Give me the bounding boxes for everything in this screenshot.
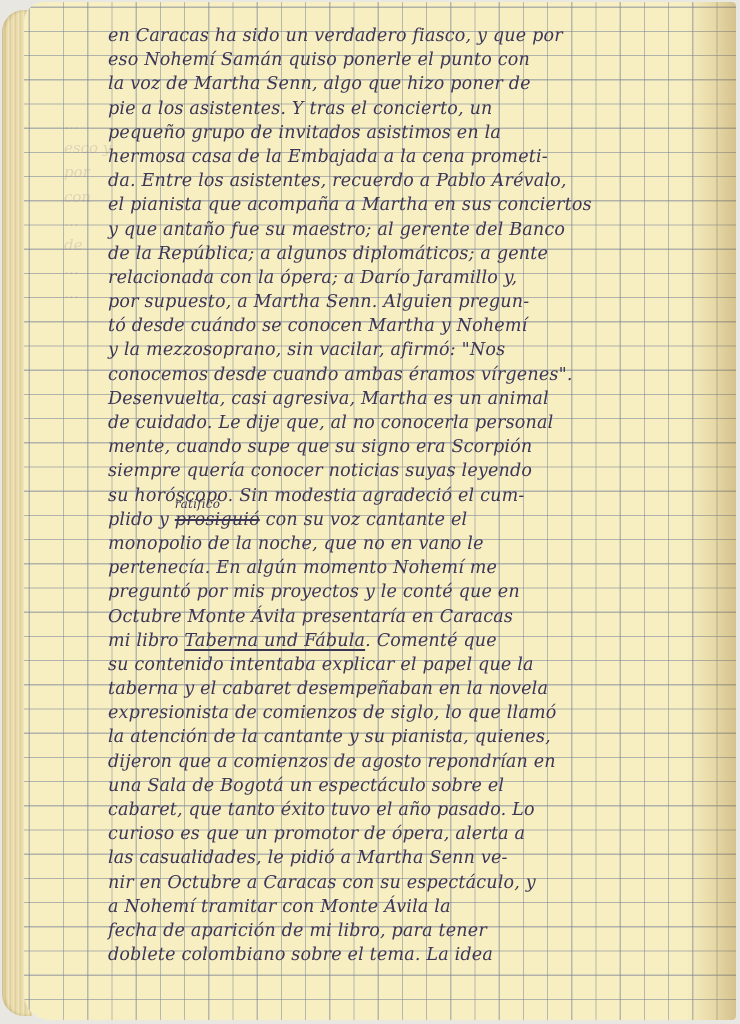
handwritten-line: doblete colombiano sobre el tema. La ide… <box>108 943 693 967</box>
handwritten-line: nir en Octubre a Caracas con su espectác… <box>108 871 693 895</box>
handwritten-line: expresionista de comienzos de siglo, lo … <box>108 701 693 725</box>
handwritten-line: tó desde cuándo se conocen Martha y Nohe… <box>108 314 693 338</box>
handwritten-line: la voz de Martha Senn, algo que hizo pon… <box>108 72 693 96</box>
handwritten-line: y la mezzosoprano, sin vacilar, afirmó: … <box>108 338 693 362</box>
notebook: … esco y por con … de … … en Caracas ha … <box>0 0 740 1024</box>
handwritten-line: de cuidado. Le dije que, al no conocerla… <box>108 411 693 435</box>
handwritten-text: en Caracas ha sido un verdadero fiasco, … <box>108 24 693 967</box>
handwritten-line: su contenido intentaba explicar el papel… <box>108 653 693 677</box>
handwritten-line: el pianista que acompaña a Martha en sus… <box>108 193 693 217</box>
handwritten-line: una Sala de Bogotá un espectáculo sobre … <box>108 774 693 798</box>
handwritten-line: dijeron que a comienzos de agosto repond… <box>108 750 693 774</box>
handwritten-line: mente, cuando supe que su signo era Scor… <box>108 435 693 459</box>
handwritten-line: da. Entre los asistentes, recuerdo a Pab… <box>108 169 693 193</box>
handwritten-line: Octubre Monte Ávila presentaría en Carac… <box>108 605 693 629</box>
handwritten-line: monopolio de la noche, que no en vano le <box>108 532 693 556</box>
handwritten-line: plido y prosiguióratificó con su voz can… <box>108 508 693 532</box>
handwritten-line: en Caracas ha sido un verdadero fiasco, … <box>108 24 693 48</box>
handwritten-line: por supuesto, a Martha Senn. Alguien pre… <box>108 290 693 314</box>
handwritten-line: siempre quería conocer noticias suyas le… <box>108 459 693 483</box>
text-segment: mi libro <box>108 631 184 651</box>
handwritten-line: pequeño grupo de invitados asistimos en … <box>108 121 693 145</box>
handwritten-line: mi libro Taberna und Fábula. Comenté que <box>108 629 693 653</box>
handwritten-line: a Nohemí tramitar con Monte Ávila la <box>108 895 693 919</box>
handwritten-line: de la República; a algunos diplomáticos;… <box>108 242 693 266</box>
handwritten-line: fecha de aparición de mi libro, para ten… <box>108 919 693 943</box>
handwritten-line: pertenecía. En algún momento Nohemí me <box>108 556 693 580</box>
handwritten-line: las casualidades, le pidió a Martha Senn… <box>108 846 693 870</box>
handwritten-line: la atención de la cantante y su pianista… <box>108 725 693 749</box>
handwritten-line: pie a los asistentes. Y tras el conciert… <box>108 97 693 121</box>
handwritten-line: y que antaño fue su maestro; al gerente … <box>108 218 693 242</box>
handwritten-line: curioso es que un promotor de ópera, ale… <box>108 822 693 846</box>
text-segment: plido y <box>108 510 175 530</box>
handwritten-line: taberna y el cabaret desempeñaban en la … <box>108 677 693 701</box>
handwritten-line: eso Nohemí Samán quiso ponerle el punto … <box>108 48 693 72</box>
handwritten-line: relacionada con la ópera; a Darío Jarami… <box>108 266 693 290</box>
book-title: Taberna und Fábula <box>184 631 365 651</box>
handwritten-line: conocemos desde cuando ambas éramos vírg… <box>108 363 693 387</box>
text-segment: . Comenté que <box>365 631 497 651</box>
text-segment: con su voz cantante el <box>260 510 468 530</box>
handwritten-line: Desenvuelta, casi agresiva, Martha es un… <box>108 387 693 411</box>
struck-word: prosiguió <box>175 510 260 530</box>
handwritten-line: hermosa casa de la Embajada a la cena pr… <box>108 145 693 169</box>
handwritten-line: cabaret, que tanto éxito tuvo el año pas… <box>108 798 693 822</box>
handwritten-line: preguntó por mis proyectos y le conté qu… <box>108 580 693 604</box>
inserted-correction: ratificó <box>175 498 220 510</box>
